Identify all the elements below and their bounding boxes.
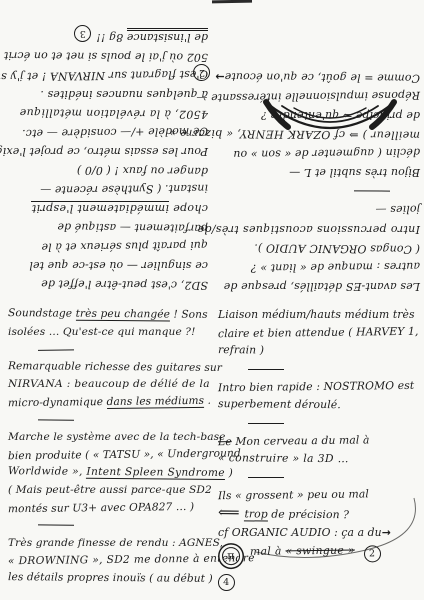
page-number-badge: 2 <box>364 545 381 562</box>
text-segment: ! Sons <box>170 309 208 321</box>
underlined-text: très peu changée <box>76 308 171 322</box>
handwritten-line: micro-dynamique dans les médiums . <box>8 393 210 413</box>
text-segment: 8g !! <box>96 31 126 44</box>
text-segment: . <box>204 395 211 407</box>
handwritten-line: Comme = le goût, ce qu'on écoute→2 <box>216 64 420 88</box>
arrow-mark: → <box>382 526 391 539</box>
handwritten-line <box>216 181 420 202</box>
text-segment: Liaison médium/hauts médium très <box>218 308 415 321</box>
text-segment: 4502, à la révélation métallique <box>19 106 208 121</box>
text-segment: ce singulier — où est-ce que tel <box>29 259 208 272</box>
arrow-mark: → <box>215 70 224 83</box>
text-segment: claire et bien attendue ( HARVEY 1, <box>218 325 419 340</box>
handwritten-line <box>218 468 420 486</box>
handwritten-line <box>8 340 210 360</box>
text-segment: qui paraît plus sérieux et à le <box>41 239 208 254</box>
separator-stroke <box>38 418 74 419</box>
handwritten-line: « DROWNING », SD2 me donne à entendre <box>8 551 210 571</box>
handwritten-line: Liaison médium/hauts médium très <box>218 306 420 324</box>
handwritten-line: Worldwide », Intent Spleen Syndrome ) <box>8 463 210 482</box>
handwritten-line: cf ORGANIC AUDIO : ça a du→ <box>218 524 420 542</box>
scribble-underlined-text: de l'insistance <box>127 28 208 44</box>
text-segment: Mon cerveau a du mal à <box>232 433 370 448</box>
note-block-bottom-left: Soundstage très peu changée ! Sonsisolée… <box>8 306 210 594</box>
text-segment: ( Mais peut-être aussi parce-que SD2 <box>8 484 212 496</box>
handwritten-line: jolies — <box>216 200 420 221</box>
handwritten-line: ⟸ trop de précision ? <box>218 503 420 525</box>
text-segment: superbement déroulé. <box>218 397 341 411</box>
text-segment: autres : manque de « liant » ? <box>251 260 421 275</box>
text-segment: micro-dynamique <box>8 396 107 409</box>
handwritten-line: Intro bien rapide : NOSTROMO est <box>218 377 420 397</box>
handwritten-line: Réponse impulsionnelle intéressante — <box>216 86 420 107</box>
text-segment: Worldwide », <box>8 465 87 478</box>
handwritten-line: 502 où j'ai le pouls si net et on écrit <box>6 46 208 67</box>
separator-stroke <box>38 349 74 350</box>
text-segment: 502 où j'ai le pouls si net et on écrit <box>4 49 208 64</box>
text-segment: cf ORGANIC AUDIO : ça a du <box>218 526 382 539</box>
text-segment: de principe ⇒ qu'entendre ? <box>261 109 420 122</box>
scanned-notes-sheet: SD2, c'est peut-être l'effet dece singul… <box>0 0 424 600</box>
text-segment: déclin ( augmenter de « son » ou <box>233 146 420 161</box>
text-segment: Ils « grossent » peu ou mal <box>218 487 369 502</box>
underlined-text: Intent Spleen Syndrome <box>86 466 225 480</box>
separator-stroke <box>248 477 284 478</box>
note-block-top-left: SD2, c'est peut-être l'effet dece singul… <box>6 6 208 294</box>
text-segment: Réponse impulsionnelle intéressante — <box>196 89 420 105</box>
handwritten-line: qui paraît plus sérieux et à le <box>6 236 208 257</box>
text-segment: refrain ) <box>218 343 264 356</box>
note-block-bottom-right: Liaison médium/hauts médium trèsclaire e… <box>218 306 420 594</box>
text-segment: Les avant-ES détaillés, presque de <box>224 280 420 293</box>
handwritten-line: claire et bien attendue ( HARVEY 1, <box>218 323 420 343</box>
handwritten-line: montés sur U3+ avec OPA827 … ) <box>8 498 210 518</box>
handwritten-line: C'est flagrant sur NIRVANA ! et j'y suis <box>6 65 208 86</box>
underlined-text: trop <box>244 507 267 521</box>
handwritten-line: Marche le système avec de la tech-base <box>8 429 210 447</box>
handwritten-line: à quelques nuances inédites . <box>6 85 208 104</box>
handwritten-line: ( Mais peut-être aussi parce-que SD2 <box>8 482 210 500</box>
handwritten-line: 4502, à la révélation métallique <box>6 103 208 124</box>
text-segment: parfaitement — astiqué de <box>57 221 208 235</box>
text-segment <box>355 544 359 557</box>
text-segment: Pour les essais métro, ce projet l'exige <box>0 145 208 158</box>
text-segment: mal à <box>250 544 286 557</box>
handwritten-line: πmal à « swingue » 2 <box>218 541 420 565</box>
separator-stroke <box>248 423 284 424</box>
text-segment: danger ou faux ! ( 0/0 ) <box>77 164 208 178</box>
handwritten-line: les détails propres inouïs ( au début )4 <box>8 569 210 591</box>
handwritten-line: Bijou très subtil et L — <box>216 163 420 182</box>
handwritten-line: Très grande finesse de rendu : AGNES, <box>8 535 210 553</box>
handwritten-line: ( Congas ORGANIC AUDIO ). <box>216 238 420 259</box>
text-segment: SD2, c'est peut-être l'effet de <box>41 277 208 291</box>
text-segment: Remarquable richesse des guitares sur <box>8 360 222 374</box>
handwritten-line: Ils « grossent » peu ou mal <box>218 485 420 505</box>
handwritten-line: Remarquable richesse des guitares sur <box>8 358 210 377</box>
handwritten-line: Les avant-ES détaillés, presque de <box>216 277 420 296</box>
text-segment: instant. ( Synthèse récente — <box>40 182 208 197</box>
handwritten-line <box>218 360 420 378</box>
struck-text: « swingue » <box>285 544 355 558</box>
scan-artifact <box>212 0 252 3</box>
text-segment: les détails propres inouïs ( au début ) <box>8 571 213 585</box>
text-segment: Soundstage <box>8 307 76 320</box>
text-segment: bien produite ( « TATSU », « Underground <box>8 447 241 462</box>
handwritten-line <box>8 411 210 430</box>
text-segment: Très grande finesse de rendu : AGNES, <box>8 537 223 549</box>
handwritten-line: de l'insistance 8g !!3 <box>6 25 208 47</box>
handwritten-line: instant. ( Synthèse récente — <box>6 179 208 200</box>
handwritten-line: NIRVANA : beaucoup de délié de la <box>8 376 210 394</box>
handwritten-line: meilleur ) ⇒ cf OZARK HENRY, « bizarre » <box>216 124 420 145</box>
handwritten-line: superbement déroulé. <box>218 395 420 415</box>
handwritten-line: « construire » la 3D … <box>218 449 420 469</box>
handwritten-line: chope immédiatement l'esprit <box>6 199 208 218</box>
handwritten-line: Le Mon cerveau a du mal à <box>218 431 420 451</box>
text-segment: NIRVANA : beaucoup de délié de la <box>8 378 210 390</box>
handwritten-line <box>8 516 210 535</box>
text-segment: montés sur U3+ avec OPA827 … ) <box>8 500 194 514</box>
separator-stroke <box>248 369 284 370</box>
handwritten-line <box>218 414 420 432</box>
separator-stroke <box>38 524 74 525</box>
handwritten-line: déclin ( augmenter de « son » ou <box>216 143 420 164</box>
underlined-text: immédiatement l'esprit <box>31 201 169 215</box>
handwritten-line: parfaitement — astiqué de <box>6 217 208 238</box>
note-block-top-right: Les avant-ES détaillés, presque deautres… <box>216 4 420 296</box>
text-segment: Intro percussions acoustiques très/de <box>197 223 420 236</box>
text-segment: Marche le système avec de la tech-base <box>8 431 226 443</box>
text-segment: à quelques nuances inédites . <box>40 88 208 101</box>
text-segment: Comme = le goût, ce qu'on écoute <box>225 70 420 85</box>
handwritten-line: Soundstage très peu changée ! Sons <box>8 305 210 324</box>
separator-stroke <box>354 191 390 192</box>
page-number-badge: 3 <box>74 25 91 42</box>
double-arrow-mark: ⟸ <box>218 503 245 521</box>
handwritten-line: danger ou faux ! ( 0/0 ) <box>6 160 208 181</box>
handwritten-line: ce singulier — où est-ce que tel <box>6 256 208 275</box>
handwritten-line: autres : manque de « liant » ? <box>216 257 420 278</box>
text-segment: Intro bien rapide : NOSTROMO est <box>218 379 414 394</box>
handwritten-line: SD2, c'est peut-être l'effet de <box>6 274 208 295</box>
handwritten-line: de principe ⇒ qu'entendre ? <box>216 106 420 125</box>
handwritten-line: isolées … Qu'est-ce qui manque ?! <box>8 324 210 342</box>
text-segment: Bijou très subtil et L — <box>289 166 420 179</box>
handwritten-line: Pour les essais métro, ce projet l'exige <box>6 142 208 161</box>
handwritten-line: refrain ) <box>218 341 420 361</box>
struck-text: Le <box>218 435 232 448</box>
text-segment: chope <box>169 202 208 215</box>
text-segment: « construire » la 3D … <box>218 451 349 465</box>
underlined-text: dans les médiums <box>106 395 204 409</box>
handwritten-line: Intro percussions acoustiques très/de <box>216 220 420 239</box>
text-segment: C'est flagrant sur NIRVANA ! et j'y suis <box>0 68 208 84</box>
text-segment: isolées … Qu'est-ce qui manque ?! <box>8 326 195 338</box>
pi-doodle: π <box>222 547 240 565</box>
text-segment: meilleur ) ⇒ cf OZARK HENRY, « bizarre » <box>169 127 420 142</box>
text-segment: jolies — <box>375 203 420 217</box>
text-segment: de précision ? <box>268 508 349 522</box>
text-segment: ( Congas ORGANIC AUDIO ). <box>254 241 420 255</box>
